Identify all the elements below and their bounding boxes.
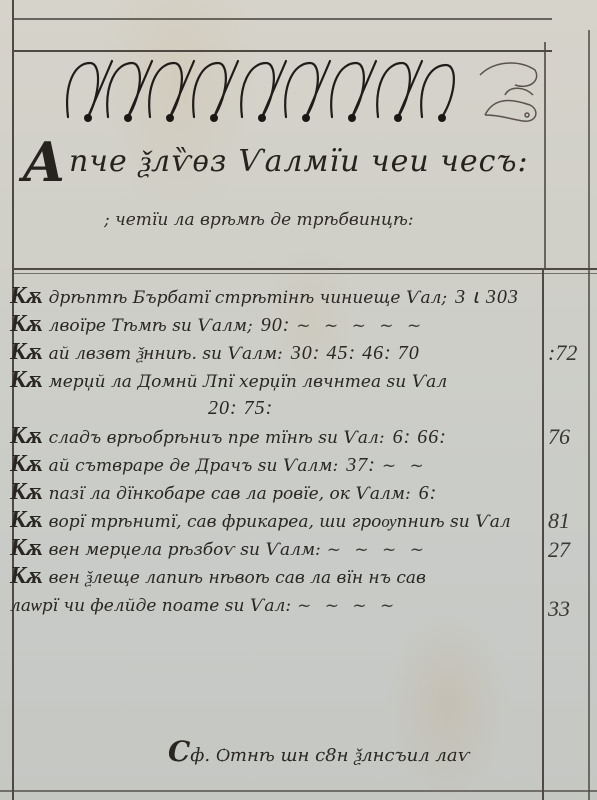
entry-ref-label: ѕи Ѵал: <box>318 428 384 448</box>
entry-numbers: 30: 45: 46: 70 <box>291 342 420 364</box>
decorative-flourish-row <box>60 55 480 130</box>
flourish-icon <box>60 55 480 130</box>
page-subtitle: ; четїи ла врѣмѣ де трѣбвинцѣ: <box>104 210 414 230</box>
list-item: Кѫпазї ла дїнкобаре сав ла ровїе, ок Ѵал… <box>10 478 540 506</box>
list-item: Кѫай сътвраре де Драчъ ѕи Ѵалм:37:~ ~ <box>10 450 540 478</box>
entry-numbers: 6: <box>419 482 438 504</box>
margin-number: 81 <box>548 508 588 534</box>
list-item: Кѫдрѣптѣ Бърбатї стрѣтiнѣ чиниеще Ѵал;3 … <box>10 282 540 310</box>
top-rule-2 <box>12 50 552 52</box>
entry-text: вен мерџела рѣзбоѵ <box>49 540 235 560</box>
entry-numbers: 20: 75: <box>208 397 273 419</box>
entry-text: ворї трѣнитї, сав фрикареа, ши гроѹпниѣ <box>49 512 445 532</box>
entry-lead: Кѫ <box>10 339 43 365</box>
margin-column-left-rule <box>542 270 544 800</box>
list-item: Кѫворї трѣнитї, сав фрикареа, ши гроѹпни… <box>10 506 540 534</box>
entry-ref-label: ѕи Ѵалм: <box>202 344 282 364</box>
entry-lead: Кѫ <box>10 283 43 309</box>
entry-ref-label: Ѵал; <box>406 288 447 308</box>
signature-capital: С <box>168 735 190 768</box>
entry-lead: Кѫ <box>10 423 43 449</box>
entry-ref-label: ѕи Ѵал <box>450 512 511 532</box>
entry-text: сладъ врѣобрѣниъ пре тїнѣ <box>49 428 313 448</box>
entry-text: мерџй ла Домнй Лпї херџїп лвчнтеа <box>49 372 381 392</box>
entry-trail: ~ ~ ~ ~ <box>297 596 398 616</box>
entry-text: ай лвзвт ѯнниѣ. <box>49 344 197 364</box>
margin-number: :72 <box>548 340 588 366</box>
entry-numbers: 90: <box>261 314 291 336</box>
list-item: Кѫмерџй ла Домнй Лпї херџїп лвчнтеа ѕи Ѵ… <box>10 366 540 394</box>
entry-lead: Кѫ <box>10 535 43 561</box>
entry-ref-label: Ѵалм; <box>197 316 252 336</box>
entry-trail: ~ ~ ~ ~ <box>327 540 428 560</box>
entry-lead: Кѫ <box>10 479 43 505</box>
top-rule-1 <box>12 18 552 20</box>
page-title: Апче ѯлѷѳз Ѵалмїи чеи чесъ: <box>22 130 542 194</box>
entry-text: дрѣптѣ Бърбатї стрѣтiнѣ чиниеще <box>49 288 401 308</box>
entry-lead: Кѫ <box>10 451 43 477</box>
entry-text: пазї ла дїнкобаре сав ла ровїе, <box>49 484 324 504</box>
margin-column-right-rule <box>588 30 590 800</box>
entry-numbers: 37: <box>346 454 376 476</box>
bottom-rule <box>0 790 597 792</box>
entry-ref-label: ѕи Ѵалм: <box>240 540 320 560</box>
manuscript-page: Апче ѯлѷѳз Ѵалмїи чеи чесъ: ; четїи ла в… <box>0 0 597 800</box>
margin-number: 76 <box>548 424 588 450</box>
entry-ref-label: ѕи Ѵал: <box>225 596 291 616</box>
list-item: Кѫвен ѯлеще лапиѣ нѣвоѣ сав ла вїн нъ са… <box>10 562 540 590</box>
entry-text: вен ѯлеще лапиѣ нѣвоѣ сав ла вїн нъ сав <box>49 568 426 588</box>
list-item: лаѡрї чи фелйде поате ѕи Ѵал:~ ~ ~ ~ <box>10 592 540 620</box>
signature-line: Сф. Ѻтнѣ шн с8н ѯлнсъил лаѵ <box>168 735 470 768</box>
signature-text: ф. Ѻтнѣ шн с8н ѯлнсъил лаѵ <box>190 745 469 766</box>
dragon-ornament-icon <box>475 55 545 130</box>
entry-lead: Кѫ <box>10 367 43 393</box>
entry-lead: Кѫ <box>10 311 43 337</box>
entry-lead: Кѫ <box>10 563 43 589</box>
entry-numbers: 6: 66: <box>393 426 447 448</box>
title-text: пче ѯлѷѳз Ѵалмїи чеи чесъ: <box>69 144 529 179</box>
margin-number: 27 <box>548 537 588 563</box>
header-bottom-rule <box>12 268 597 270</box>
entry-numbers: 3 ꙇ 303 <box>455 286 519 308</box>
entry-trail: ~ ~ <box>382 456 428 476</box>
list-item: Кѫай лвзвт ѯнниѣ. ѕи Ѵалм:30: 45: 46: 70 <box>10 338 540 366</box>
entry-ref-label: ѕи Ѵалм: <box>258 456 338 476</box>
list-item: 20: 75: <box>10 394 540 422</box>
entry-ref-label: ѕи Ѵал <box>387 372 448 392</box>
entry-ref-label: ок Ѵалм: <box>329 484 410 504</box>
header-bottom-rule-2 <box>12 273 597 274</box>
entry-text: лаѡрї чи фелйде поате <box>10 596 219 616</box>
list-item: Кѫвен мерџела рѣзбоѵ ѕи Ѵалм:~ ~ ~ ~ <box>10 534 540 562</box>
list-item: Кѫлвоїре Тѣмѣ ѕи Ѵалм;90:~ ~ ~ ~ ~ <box>10 310 540 338</box>
entry-text: ай сътвраре де Драчъ <box>49 456 253 476</box>
entry-text: лвоїре Тѣмѣ ѕи <box>49 316 192 336</box>
margin-number: 33 <box>548 596 588 622</box>
entry-lead: Кѫ <box>10 507 43 533</box>
title-initial-letter: А <box>22 130 67 194</box>
list-item: Кѫсладъ врѣобрѣниъ пре тїнѣ ѕи Ѵал:6: 66… <box>10 422 540 450</box>
entry-trail: ~ ~ ~ ~ ~ <box>296 316 425 336</box>
